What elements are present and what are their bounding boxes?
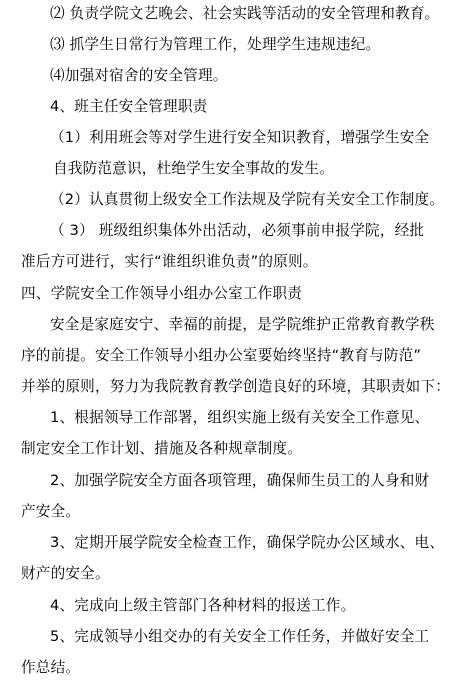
text-line: 并举的原则，努力为我院教育教学创造良好的环境，其职责如下： [21, 377, 450, 397]
text-line: 4、完成向上级主管部门各种材料的报送工作。 [50, 596, 355, 616]
text-line: 1、根据领导工作部署，组织实施上级有关安全工作意见、 [50, 408, 429, 428]
text-line: 4、班主任安全管理职责 [50, 97, 207, 117]
text-line: 产安全。 [21, 502, 80, 522]
text-line: （ 3） 班级组织集体外出活动，必须事前申报学院，经批 [50, 221, 424, 241]
text-line: ⑷加强对宿舍的安全管理。 [50, 66, 228, 86]
text-line: 作总结。 [21, 658, 80, 678]
text-line: 2、加强学院安全方面各项管理，确保师生员工的人身和财 [50, 471, 429, 491]
text-line: （1）利用班会等对学生进行安全知识教育，增强学生安全 [50, 128, 429, 148]
text-line: 准后方可进行，实行“谁组织谁负责”的原则。 [21, 252, 318, 272]
text-line: 制定安全工作计划、措施及各种规章制度。 [21, 439, 302, 459]
text-line: 自我防范意识，杜绝学生安全事故的发生。 [53, 159, 334, 179]
text-line: 财产的安全。 [21, 564, 110, 584]
text-line: 序的前提。安全工作领导小组办公室要始终坚持“教育与防范” [21, 346, 421, 366]
text-line: 5、完成领导小组交办的有关安全工作任务，并做好安全工 [50, 627, 429, 647]
text-line: 安全是家庭安宁、幸福的前提，是学院维护正常教育教学秩 [50, 315, 435, 335]
text-line: （2）认真贯彻上级安全工作法规及学院有关安全工作制度。 [50, 190, 444, 210]
text-line: ⑶ 抓学生日常行为管理工作，处理学生违规违纪。 [50, 35, 380, 55]
text-line: ⑵ 负责学院文艺晚会、社会实践等活动的安全管理和教育。 [50, 4, 439, 24]
text-line: 3、定期开展学院安全检查工作，确保学院办公区域水、电、 [50, 533, 444, 553]
text-line: 四、学院安全工作领导小组办公室工作职责 [21, 284, 302, 304]
